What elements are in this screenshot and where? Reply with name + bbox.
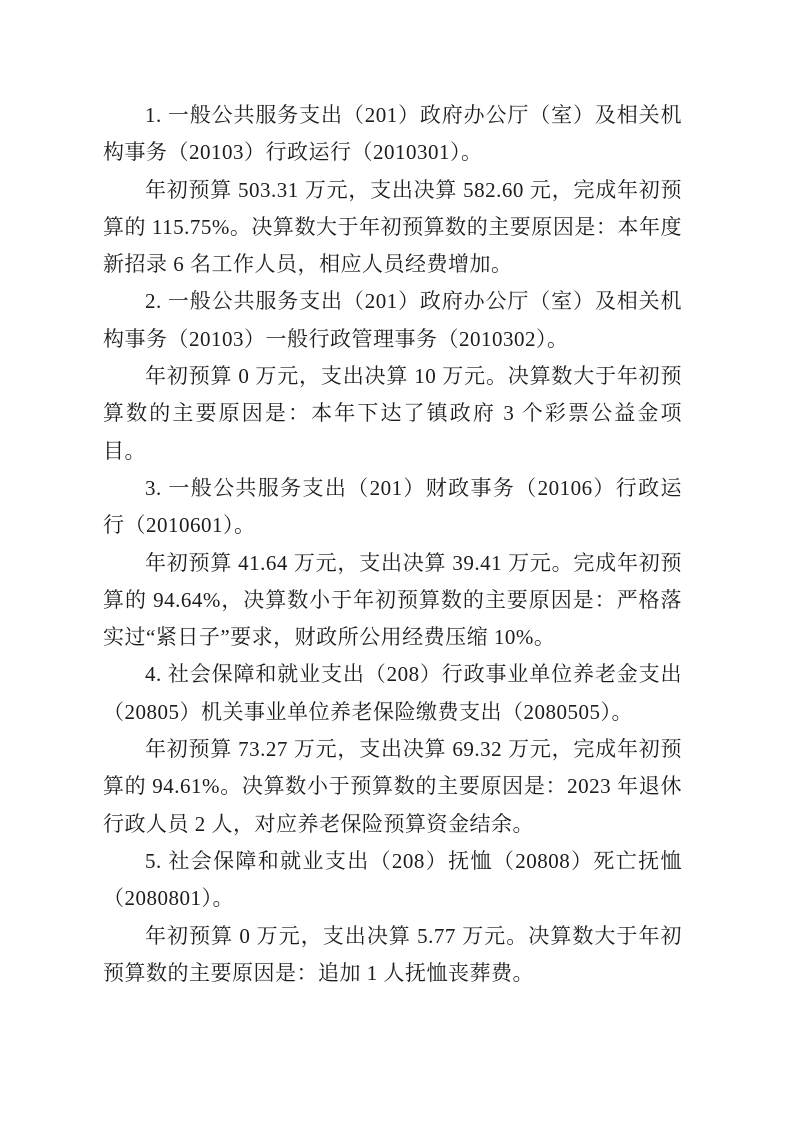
document-page: 1. 一般公共服务支出（201）政府办公厅（室）及相关机构事务（20103）行政…: [0, 0, 793, 1122]
item-2-heading: 2. 一般公共服务支出（201）政府办公厅（室）及相关机构事务（20103）一般…: [103, 283, 682, 358]
item-5-heading: 5. 社会保障和就业支出（208）抚恤（20808）死亡抚恤（2080801）。: [103, 843, 682, 918]
item-3-heading: 3. 一般公共服务支出（201）财政事务（20106）行政运行（2010601）…: [103, 470, 682, 545]
item-1-body: 年初预算 503.31 万元，支出决算 582.60 元，完成年初预算的 115…: [103, 172, 682, 284]
item-3-body: 年初预算 41.64 万元，支出决算 39.41 万元。完成年初预算的 94.6…: [103, 545, 682, 657]
item-4-heading: 4. 社会保障和就业支出（208）行政事业单位养老金支出（20805）机关事业单…: [103, 656, 682, 731]
item-1-heading: 1. 一般公共服务支出（201）政府办公厅（室）及相关机构事务（20103）行政…: [103, 97, 682, 172]
item-4-body: 年初预算 73.27 万元，支出决算 69.32 万元，完成年初预算的 94.6…: [103, 731, 682, 843]
item-2-body: 年初预算 0 万元，支出决算 10 万元。决算数大于年初预算数的主要原因是：本年…: [103, 358, 682, 470]
item-5-body: 年初预算 0 万元，支出决算 5.77 万元。决算数大于年初预算数的主要原因是：…: [103, 918, 682, 993]
budget-text-block: 1. 一般公共服务支出（201）政府办公厅（室）及相关机构事务（20103）行政…: [103, 97, 682, 992]
